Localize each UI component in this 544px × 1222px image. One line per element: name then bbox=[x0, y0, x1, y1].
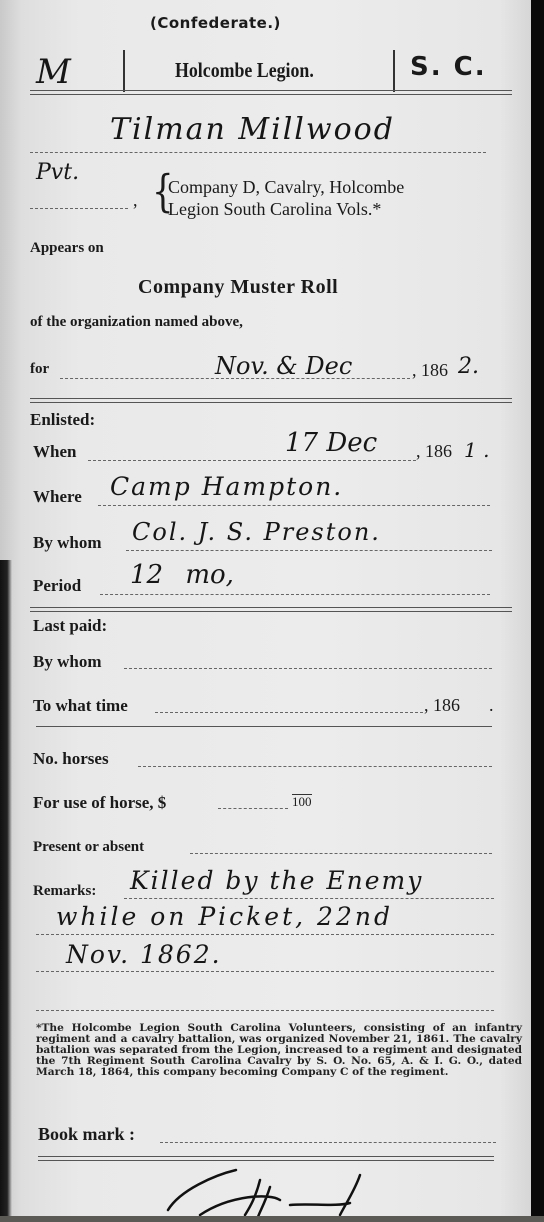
present-or-absent-label: Present or absent bbox=[33, 839, 144, 856]
header-divider-right bbox=[393, 50, 395, 92]
for-label: for bbox=[30, 361, 49, 378]
signature-icon bbox=[160, 1165, 420, 1217]
to-what-time-label: To what time bbox=[33, 696, 128, 716]
bottom-rule bbox=[38, 1156, 494, 1161]
by-whom-label: By whom bbox=[33, 533, 101, 553]
organization-text: of the organization named above, bbox=[30, 314, 243, 331]
remarks-line-4 bbox=[36, 1010, 494, 1011]
present-or-absent-line bbox=[190, 853, 492, 854]
book-mark-line bbox=[160, 1142, 496, 1143]
soldier-rank: Pvt. bbox=[36, 160, 79, 185]
name-line bbox=[30, 152, 486, 153]
by-whom-line bbox=[126, 550, 492, 551]
no-horses-line bbox=[138, 766, 492, 767]
state-label: S. C. bbox=[410, 52, 487, 82]
enlisted-heading: Enlisted: bbox=[30, 410, 95, 430]
use-of-horse-value: 100 bbox=[292, 794, 312, 808]
use-of-horse-line bbox=[218, 808, 288, 809]
where-label: Where bbox=[33, 487, 82, 507]
company-line-2: Legion South Carolina Vols.* bbox=[168, 199, 381, 220]
for-year-prefix: , 186 bbox=[412, 360, 448, 381]
to-what-time-year-prefix: , 186 bbox=[424, 695, 460, 716]
for-value: Nov. & Dec bbox=[215, 352, 352, 380]
no-horses-label: No. horses bbox=[33, 749, 109, 769]
unit-name: Holcombe Legion. bbox=[175, 58, 314, 83]
remarks-line-1 bbox=[124, 898, 494, 899]
service-record-card: (Confederate.) M Holcombe Legion. S. C. … bbox=[0, 0, 531, 1216]
company-line-1: Company D, Cavalry, Holcombe bbox=[168, 177, 404, 198]
section-rule-1 bbox=[30, 398, 512, 403]
remarks-label: Remarks: bbox=[33, 883, 96, 900]
footnote: *The Holcombe Legion South Carolina Volu… bbox=[36, 1023, 522, 1078]
remarks-line-3 bbox=[36, 971, 494, 972]
rank-line bbox=[30, 208, 128, 209]
roll-title: Company Muster Roll bbox=[138, 276, 338, 299]
for-year-suffix: 2. bbox=[458, 354, 479, 379]
remarks-line-2 bbox=[36, 934, 494, 935]
use-of-horse-label: For use of horse, $ bbox=[33, 793, 166, 813]
to-what-time-year-suffix: . bbox=[489, 695, 494, 716]
remarks-text-2: while on Picket, 22nd bbox=[56, 902, 393, 931]
last-paid-by-whom-label: By whom bbox=[33, 652, 101, 672]
where-value: Camp Hampton. bbox=[110, 472, 343, 501]
period-line bbox=[100, 594, 490, 595]
remarks-text-3: Nov. 1862. bbox=[66, 940, 222, 969]
to-what-time-line bbox=[155, 712, 423, 713]
when-year-suffix: 1 . bbox=[464, 438, 489, 462]
header-rule bbox=[30, 90, 512, 95]
soldier-name: Tilman Millwood bbox=[110, 112, 395, 147]
by-whom-value: Col. J. S. Preston. bbox=[132, 518, 381, 546]
when-label: When bbox=[33, 442, 76, 462]
when-year-prefix: , 186 bbox=[416, 441, 452, 462]
where-line bbox=[98, 505, 490, 506]
header-initial: M bbox=[36, 52, 71, 92]
book-mark-label: Book mark : bbox=[38, 1124, 135, 1145]
remarks-text-1: Killed by the Enemy bbox=[130, 866, 423, 895]
last-paid-heading: Last paid: bbox=[33, 616, 107, 636]
scan-edge-left bbox=[0, 560, 12, 1216]
confederate-label: (Confederate.) bbox=[150, 14, 281, 32]
last-paid-by-whom-line bbox=[124, 668, 492, 669]
header-divider-left bbox=[123, 50, 125, 92]
section-rule-2 bbox=[30, 607, 512, 612]
rank-comma: , bbox=[133, 190, 138, 211]
period-value: 12 mo, bbox=[130, 560, 234, 590]
period-label: Period bbox=[33, 576, 81, 596]
when-value: 17 Dec bbox=[285, 428, 377, 458]
scan-bottom-bar bbox=[0, 1216, 544, 1222]
section-rule-3 bbox=[36, 726, 492, 727]
when-line bbox=[88, 460, 416, 461]
appears-on-label: Appears on bbox=[30, 240, 104, 257]
